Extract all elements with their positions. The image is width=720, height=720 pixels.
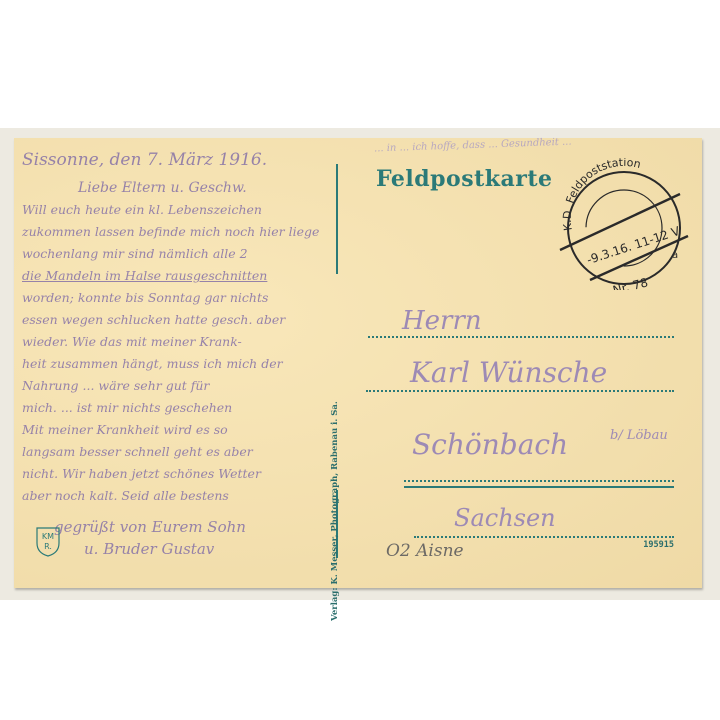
postmark-stamp: K.D. Feldpoststation -9.3.16. 11-12 V a … [552, 158, 692, 290]
message-line: zukommen lassen befinde mich noch hier l… [22, 224, 319, 239]
address-town-note: b/ Löbau [610, 428, 668, 443]
message-line: die Mandeln im Halse rausgeschnitten [22, 268, 267, 283]
message-heading: Sissonne, den 7. März 1916. [22, 150, 267, 170]
address-underline [404, 486, 674, 488]
card-title: Feldpostkarte [376, 166, 553, 192]
address-town: Schönbach [412, 428, 568, 461]
publisher-imprint: Verlag: K. Messer, Photograph, Rabenau i… [330, 401, 340, 621]
message-line: heit zusammen hängt, muss ich mich der [22, 356, 283, 371]
message-line: nicht. Wir haben jetzt schönes Wetter [22, 466, 261, 481]
message-line: worden; konnte bis Sonntag gar nichts [22, 290, 268, 305]
serial-number: 195915 [643, 540, 674, 550]
top-margin-note: ... in ... ich hoffe, dass ... Gesundhei… [374, 137, 572, 155]
message-line: Nahrung ... wäre sehr gut für [22, 378, 209, 393]
address-line-1 [368, 336, 674, 338]
address-line-3 [404, 480, 674, 482]
postcard: ... in ... ich hoffe, dass ... Gesundhei… [14, 138, 702, 588]
message-line: wochenlang mir sind nämlich alle 2 [22, 246, 248, 261]
message-line: aber noch kalt. Seid alle bestens [22, 488, 229, 503]
center-divider-top [336, 164, 338, 274]
address-salutation: Herrn [402, 306, 482, 336]
message-line: Mit meiner Krankheit wird es so [22, 422, 228, 437]
address-name: Karl Wünsche [410, 356, 607, 389]
message-line: u. Bruder Gustav [84, 540, 214, 558]
message-line: gegrüßt von Eurem Sohn [54, 518, 246, 536]
svg-text:a: a [672, 250, 678, 261]
svg-text:KM: KM [42, 532, 54, 541]
svg-text:K.D. Feldpoststation: K.D. Feldpoststation [561, 158, 642, 231]
address-region: Sachsen [454, 504, 556, 532]
message-line: essen wegen schlucken hatte gesch. aber [22, 312, 285, 327]
svg-text:Nr. 78: Nr. 78 [611, 275, 649, 290]
message-line: mich. ... ist mir nichts geschehen [22, 400, 232, 415]
address-line-4 [414, 536, 674, 538]
message-line: wieder. Wie das mit meiner Krank- [22, 334, 242, 349]
message-greeting: Liebe Eltern u. Geschw. [78, 180, 247, 196]
message-line: Will euch heute ein kl. Lebenszeichen [22, 202, 262, 217]
message-line: langsam besser schnell geht es aber [22, 444, 253, 459]
publisher-logo-shield-icon: KM R. [36, 527, 60, 557]
pencil-note: O2 Aisne [386, 541, 464, 561]
svg-text:R.: R. [44, 542, 52, 551]
address-line-2 [366, 390, 674, 392]
